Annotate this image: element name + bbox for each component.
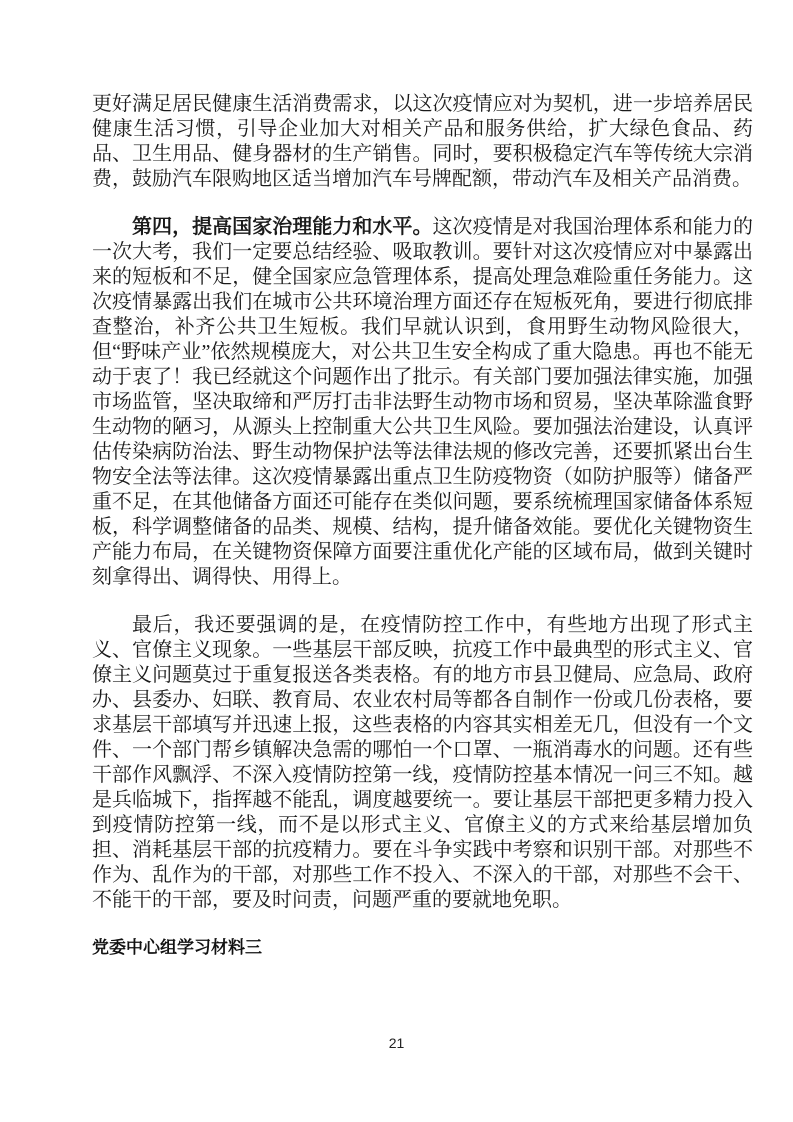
- document-page: 更好满足居民健康生活消费需求，以这次疫情应对为契机，进一步培养居民健康生活习惯，…: [0, 0, 793, 1122]
- paragraph-text: 这次疫情是对我国治理体系和能力的一次大考，我们一定要总结经验、吸取教训。要针对这…: [92, 216, 753, 588]
- body-paragraph: 第四，提高国家治理能力和水平。这次疫情是对我国治理体系和能力的一次大考，我们一定…: [92, 215, 753, 590]
- paragraph-bold-lead: 第四，提高国家治理能力和水平。: [132, 216, 433, 238]
- section-heading: 党委中心组学习材料三: [92, 936, 753, 960]
- paragraph-text: 最后，我还要强调的是，在疫情防控工作中，有些地方出现了形式主义、官僚主义现象。一…: [92, 614, 753, 911]
- page-number: 21: [0, 1035, 793, 1051]
- body-paragraph: 最后，我还要强调的是，在疫情防控工作中，有些地方出现了形式主义、官僚主义现象。一…: [92, 613, 753, 913]
- document-body: 更好满足居民健康生活消费需求，以这次疫情应对为契机，进一步培养居民健康生活习惯，…: [92, 92, 753, 960]
- body-paragraph: 更好满足居民健康生活消费需求，以这次疫情应对为契机，进一步培养居民健康生活习惯，…: [92, 92, 753, 192]
- paragraph-text: 更好满足居民健康生活消费需求，以这次疫情应对为契机，进一步培养居民健康生活习惯，…: [92, 93, 753, 190]
